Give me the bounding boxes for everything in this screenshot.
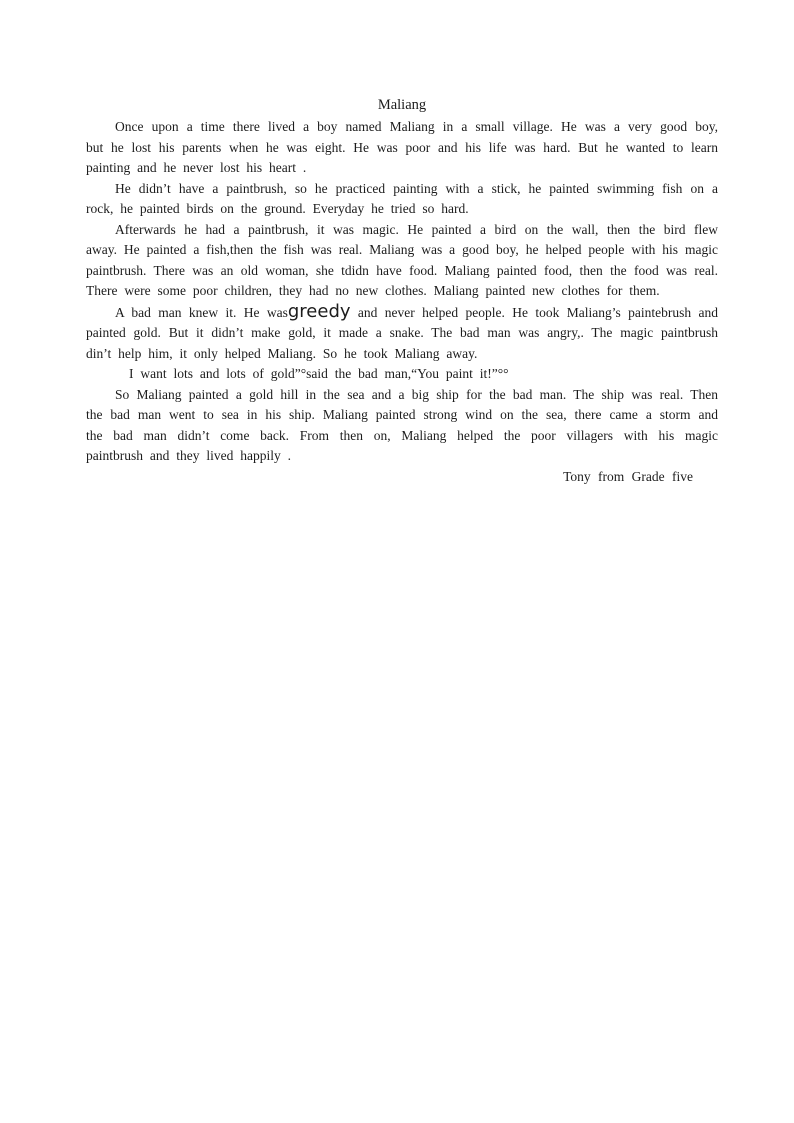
paragraph-bad-man-before: A bad man knew it. He was: [115, 305, 288, 320]
document-page: Maliang Once upon a time there lived a b…: [0, 0, 794, 1123]
essay-title: Maliang: [86, 95, 718, 116]
essay-body: Maliang Once upon a time there lived a b…: [86, 95, 718, 487]
author-signature: Tony from Grade five: [86, 467, 718, 488]
paragraph-magic-brush: Afterwards he had a paintbrush, it was m…: [86, 220, 718, 302]
paragraph-practice: He didn’t have a paintbrush, so he pract…: [86, 179, 718, 220]
quote-line: I want lots and lots of gold”°said the b…: [86, 364, 718, 385]
paragraph-intro: Once upon a time there lived a boy named…: [86, 117, 718, 179]
paragraph-bad-man: A bad man knew it. He wasgreedy and neve…: [86, 302, 718, 365]
greedy-inserted-word: greedy: [288, 301, 351, 322]
paragraph-ending: So Maliang painted a gold hill in the se…: [86, 385, 718, 467]
